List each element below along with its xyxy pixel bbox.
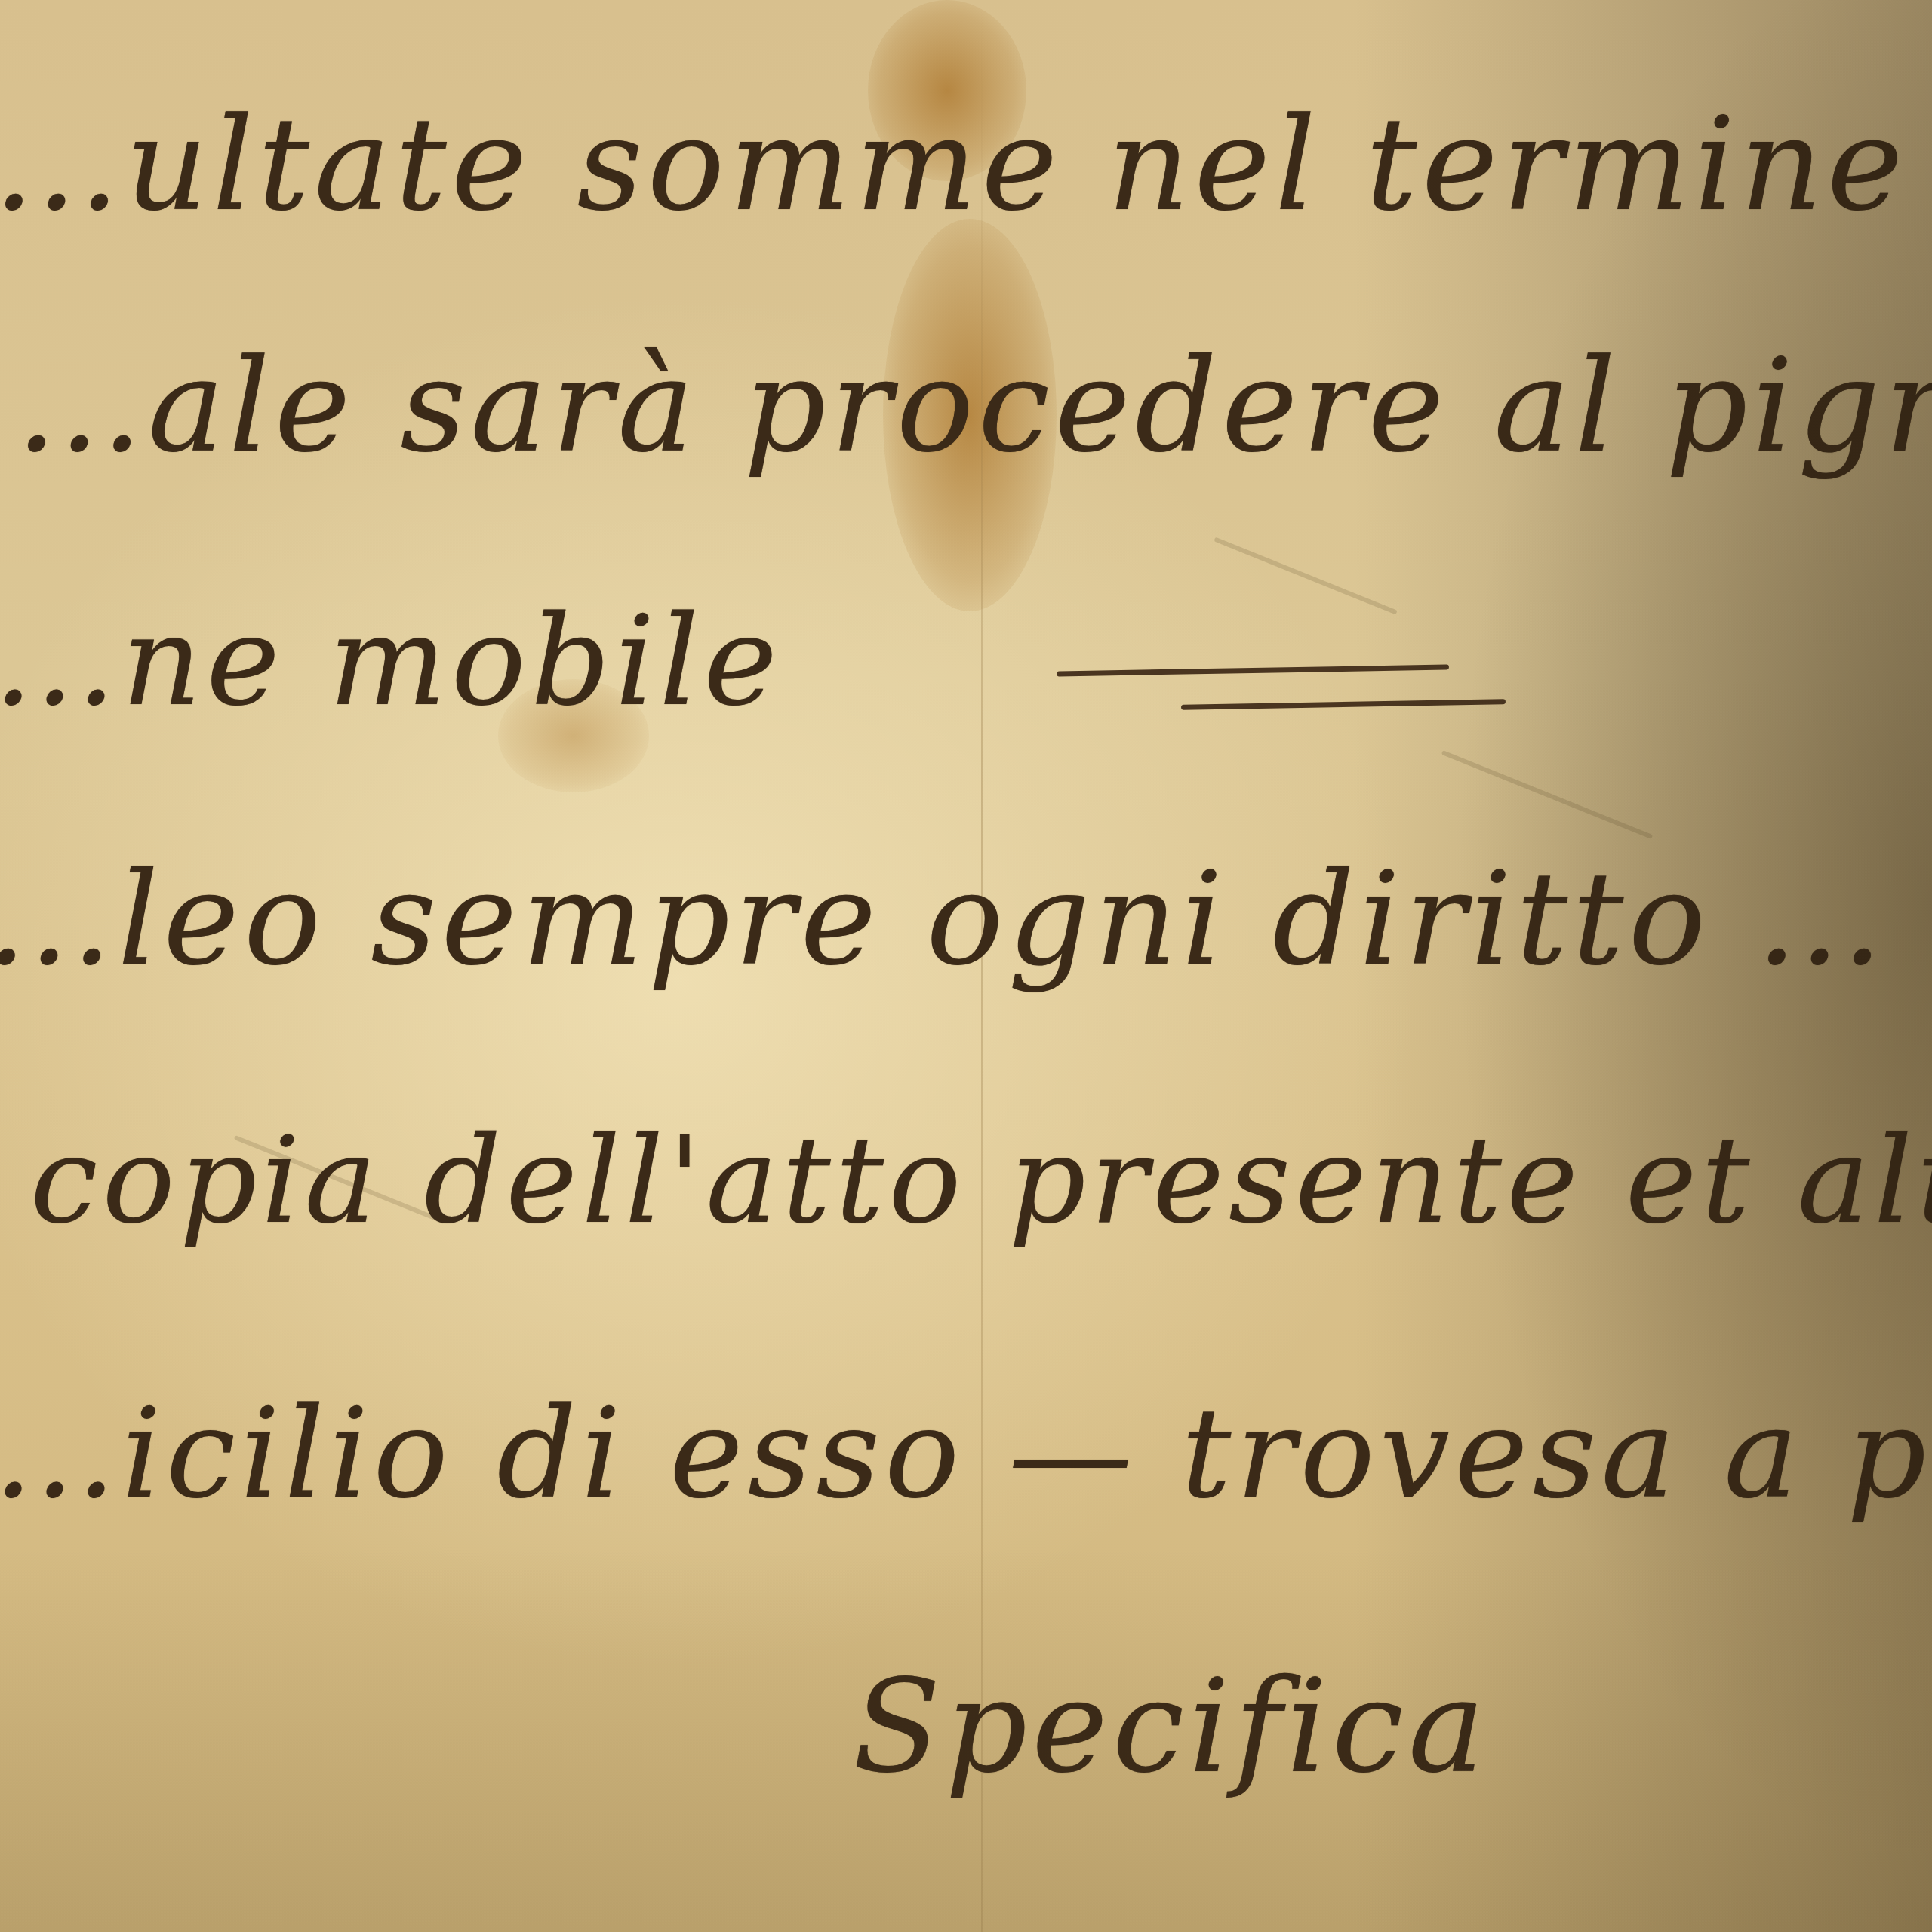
handwritten-heading-specifica: Specifica [853,1653,1489,1802]
handwritten-line-1: …ultate somme nel termine … [0,91,1932,240]
double-dash-mark [1057,664,1449,676]
handwritten-line-6: …icilio di esso — trovesa a pe… [0,1381,1932,1526]
handwritten-line-5: copia dell'atto presente et alte… [30,1109,1932,1251]
ink-bleed-through [1214,537,1397,615]
handwritten-line-2: …ale sarà procedere al pigno… [15,332,1932,481]
ink-bleed-through [1441,750,1653,839]
double-dash-mark [1181,699,1506,710]
manuscript-page: …ultate somme nel termine … …ale sarà pr… [0,0,1932,1932]
handwritten-line-4: …leo sempre ogni diritto … [0,845,1888,995]
handwritten-line-3: …ne mobile [0,589,782,734]
